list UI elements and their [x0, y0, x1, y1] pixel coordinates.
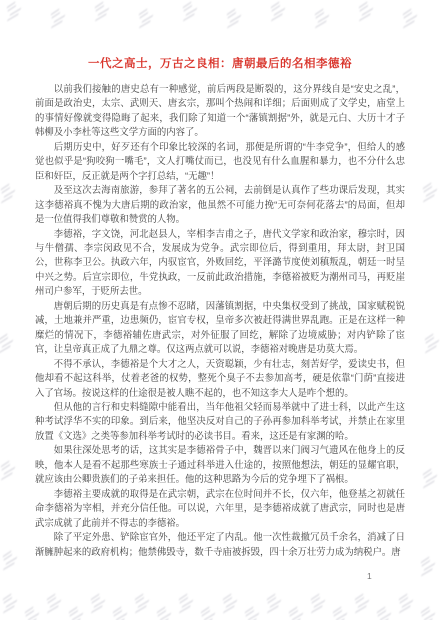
- paragraph: 唐朝后期的历史真是有点惨不忍睹，因藩镇割据，中央集权受到了挑战，国家赋税锐减，土…: [35, 299, 405, 357]
- watermark-mark: [225, 6, 243, 27]
- watermark-mark: [401, 6, 419, 27]
- document-page: 一代之高士，万古之良相：唐朝最后的名相李德裕 以前我们接触的唐史总有一种感觉，前…: [0, 0, 440, 620]
- paragraph: 除了平定外患、铲除宦官外，他还平定了内乱。他一次性裁撤冗员千余名，消减了日渐臃肿…: [35, 530, 405, 559]
- watermark-mark: [133, 591, 151, 612]
- watermark-mark: [221, 591, 239, 612]
- watermark-mark: [199, 604, 217, 620]
- watermark-mark: [0, 181, 18, 202]
- watermark-mark: [419, 604, 437, 620]
- watermark-mark: [49, 6, 67, 27]
- watermark-mark: [181, 0, 199, 20]
- watermark-mark: [309, 591, 327, 612]
- watermark-mark: [1, 591, 19, 612]
- paragraph: 不得不承认，李德裕是个大才之人，天资聪颖，少有壮志，刻苦好学，爱读史书，但他却看…: [35, 357, 405, 400]
- watermark-mark: [357, 0, 375, 20]
- watermark-mark: [331, 604, 349, 620]
- watermark-mark: [419, 554, 437, 575]
- watermark-mark: [421, 466, 439, 487]
- watermark-mark: [243, 604, 261, 620]
- watermark-mark: [5, 0, 23, 20]
- watermark-mark: [111, 604, 129, 620]
- paragraph: 李德裕主要成就的取得是在武宗朝，武宗在位时间并不长，仅六年，他登基之初就任命李德…: [35, 487, 405, 530]
- watermark-mark: [23, 604, 41, 620]
- paragraph: 如果往深处思考的话，这其实是李德裕骨子中，魏晋以来门阀习气遗风在他身上的反映，他…: [35, 443, 405, 486]
- paragraph: 但从他的言行和史料缝隙中能看出，当年他祖父轻而易举就中了进士科，以此产生这种考试…: [35, 400, 405, 443]
- watermark-mark: [397, 591, 415, 612]
- watermark-mark: [423, 331, 440, 352]
- watermark-mark: [93, 0, 111, 20]
- watermark-mark: [1, 548, 19, 569]
- watermark-mark: [0, 458, 18, 479]
- watermark-mark: [269, 0, 287, 20]
- paragraph: 后期历史中，好歹还有个印象比较深的名词，那便是所谓的“牛李党争”，但给人的感觉也…: [35, 140, 405, 183]
- page-title: 一代之高士，万古之良相：唐朝最后的名相李德裕: [30, 57, 410, 72]
- watermark-mark: [45, 591, 63, 612]
- watermark-mark: [155, 604, 173, 620]
- paragraph: 以前我们接触的唐史总有一种感觉，前后两段是断裂的，这分界线自是“安史之乱”，前面…: [35, 82, 405, 140]
- watermark-mark: [137, 6, 155, 27]
- watermark-mark: [421, 180, 439, 201]
- watermark-mark: [375, 604, 393, 620]
- watermark-mark: [0, 331, 16, 352]
- watermark-mark: [89, 591, 107, 612]
- paragraph: 及至这次去海南旅游，参拜了著名的五公祠，去前倒是认真作了些功课后发现，其实这李德…: [35, 183, 405, 226]
- watermark-mark: [265, 591, 283, 612]
- document-body: 以前我们接触的唐史总有一种感觉，前后两段是断裂的，这分界线自是“安史之乱”，前面…: [35, 82, 405, 559]
- watermark-mark: [353, 591, 371, 612]
- paragraph: 李德裕，字文饶，河北赵县人，宰相李吉甫之子，唐代文学家和政治家，穆宗时，因与牛僧…: [35, 227, 405, 299]
- watermark-mark: [177, 591, 195, 612]
- watermark-mark: [313, 6, 331, 27]
- watermark-mark: [67, 604, 85, 620]
- watermark-mark: [287, 604, 305, 620]
- page-number: 1: [367, 571, 372, 581]
